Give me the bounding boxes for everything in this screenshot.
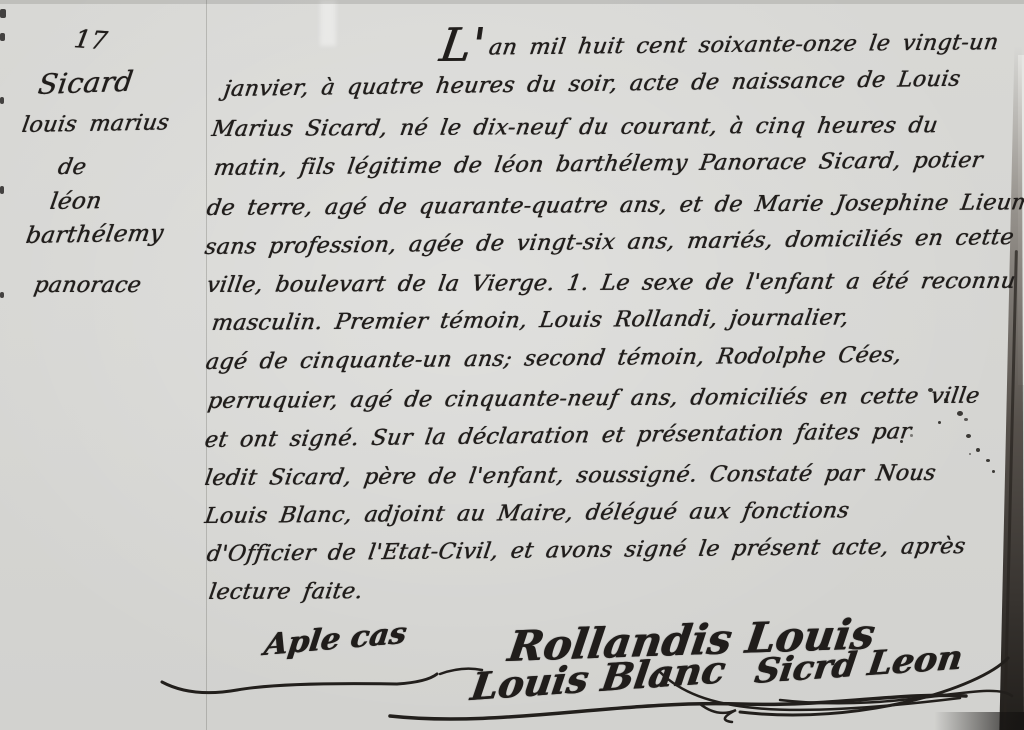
act-line: de terre, agé de quarante-quatre ans, et… [205,190,1024,221]
scan-edge-artifact [0,9,6,18]
act-line: et ont signé. Sur la déclaration et prés… [203,419,913,453]
act-line: ledit Sicard, père de l'enfant, soussign… [203,461,938,491]
act-line: ville, boulevart de la Vierge. 1. Le sex… [205,269,1017,298]
scan-edge-artifact [0,97,4,104]
margin-note-father-name: barthélemy [24,221,165,249]
scan-edge-artifact [0,33,5,41]
act-line-text: an mil huit cent soixante-onze le vingt-… [487,30,1000,60]
act-line: Marius Sicard, né le dix-neuf du courant… [210,113,939,142]
margin-note: de [56,155,88,180]
act-line: perruquier, agé de cinquante-neuf ans, d… [206,384,981,414]
paper-fold-highlight [320,0,336,46]
act-line: Louis Blanc, adjoint au Maire, délégué a… [203,498,851,529]
margin-note-father-name: panorace [32,273,143,298]
act-line: L'an mil huit cent soixante-onze le ving… [438,30,1000,61]
top-edge-shade [0,0,1024,4]
act-line: matin, fils légitime de léon barthélemy … [212,148,984,181]
scan-edge-artifact [0,186,4,194]
act-line: sans profession, agée de vingt-six ans, … [203,225,1015,260]
act-line: agé de cinquante-un ans; second témoin, … [204,343,903,375]
margin-note-firstnames: louis marius [20,110,171,138]
act-line: d'Officier de l'Etat-Civil, et avons sig… [205,534,967,567]
signature-flourishes [140,600,1024,730]
act-line: janvier, à quatre heures du soir, acte d… [222,67,962,102]
act-line: masculin. Premier témoin, Louis Rollandi… [210,305,851,336]
act-number: 17 [72,24,110,55]
scan-edge-artifact [0,292,4,298]
margin-note-surname: Sicard [36,65,135,101]
opening-initial: L' [436,18,488,72]
register-page: 17 Sicard louis marius de léon barthélem… [0,0,1024,730]
margin-note-father-name: léon [48,188,104,215]
